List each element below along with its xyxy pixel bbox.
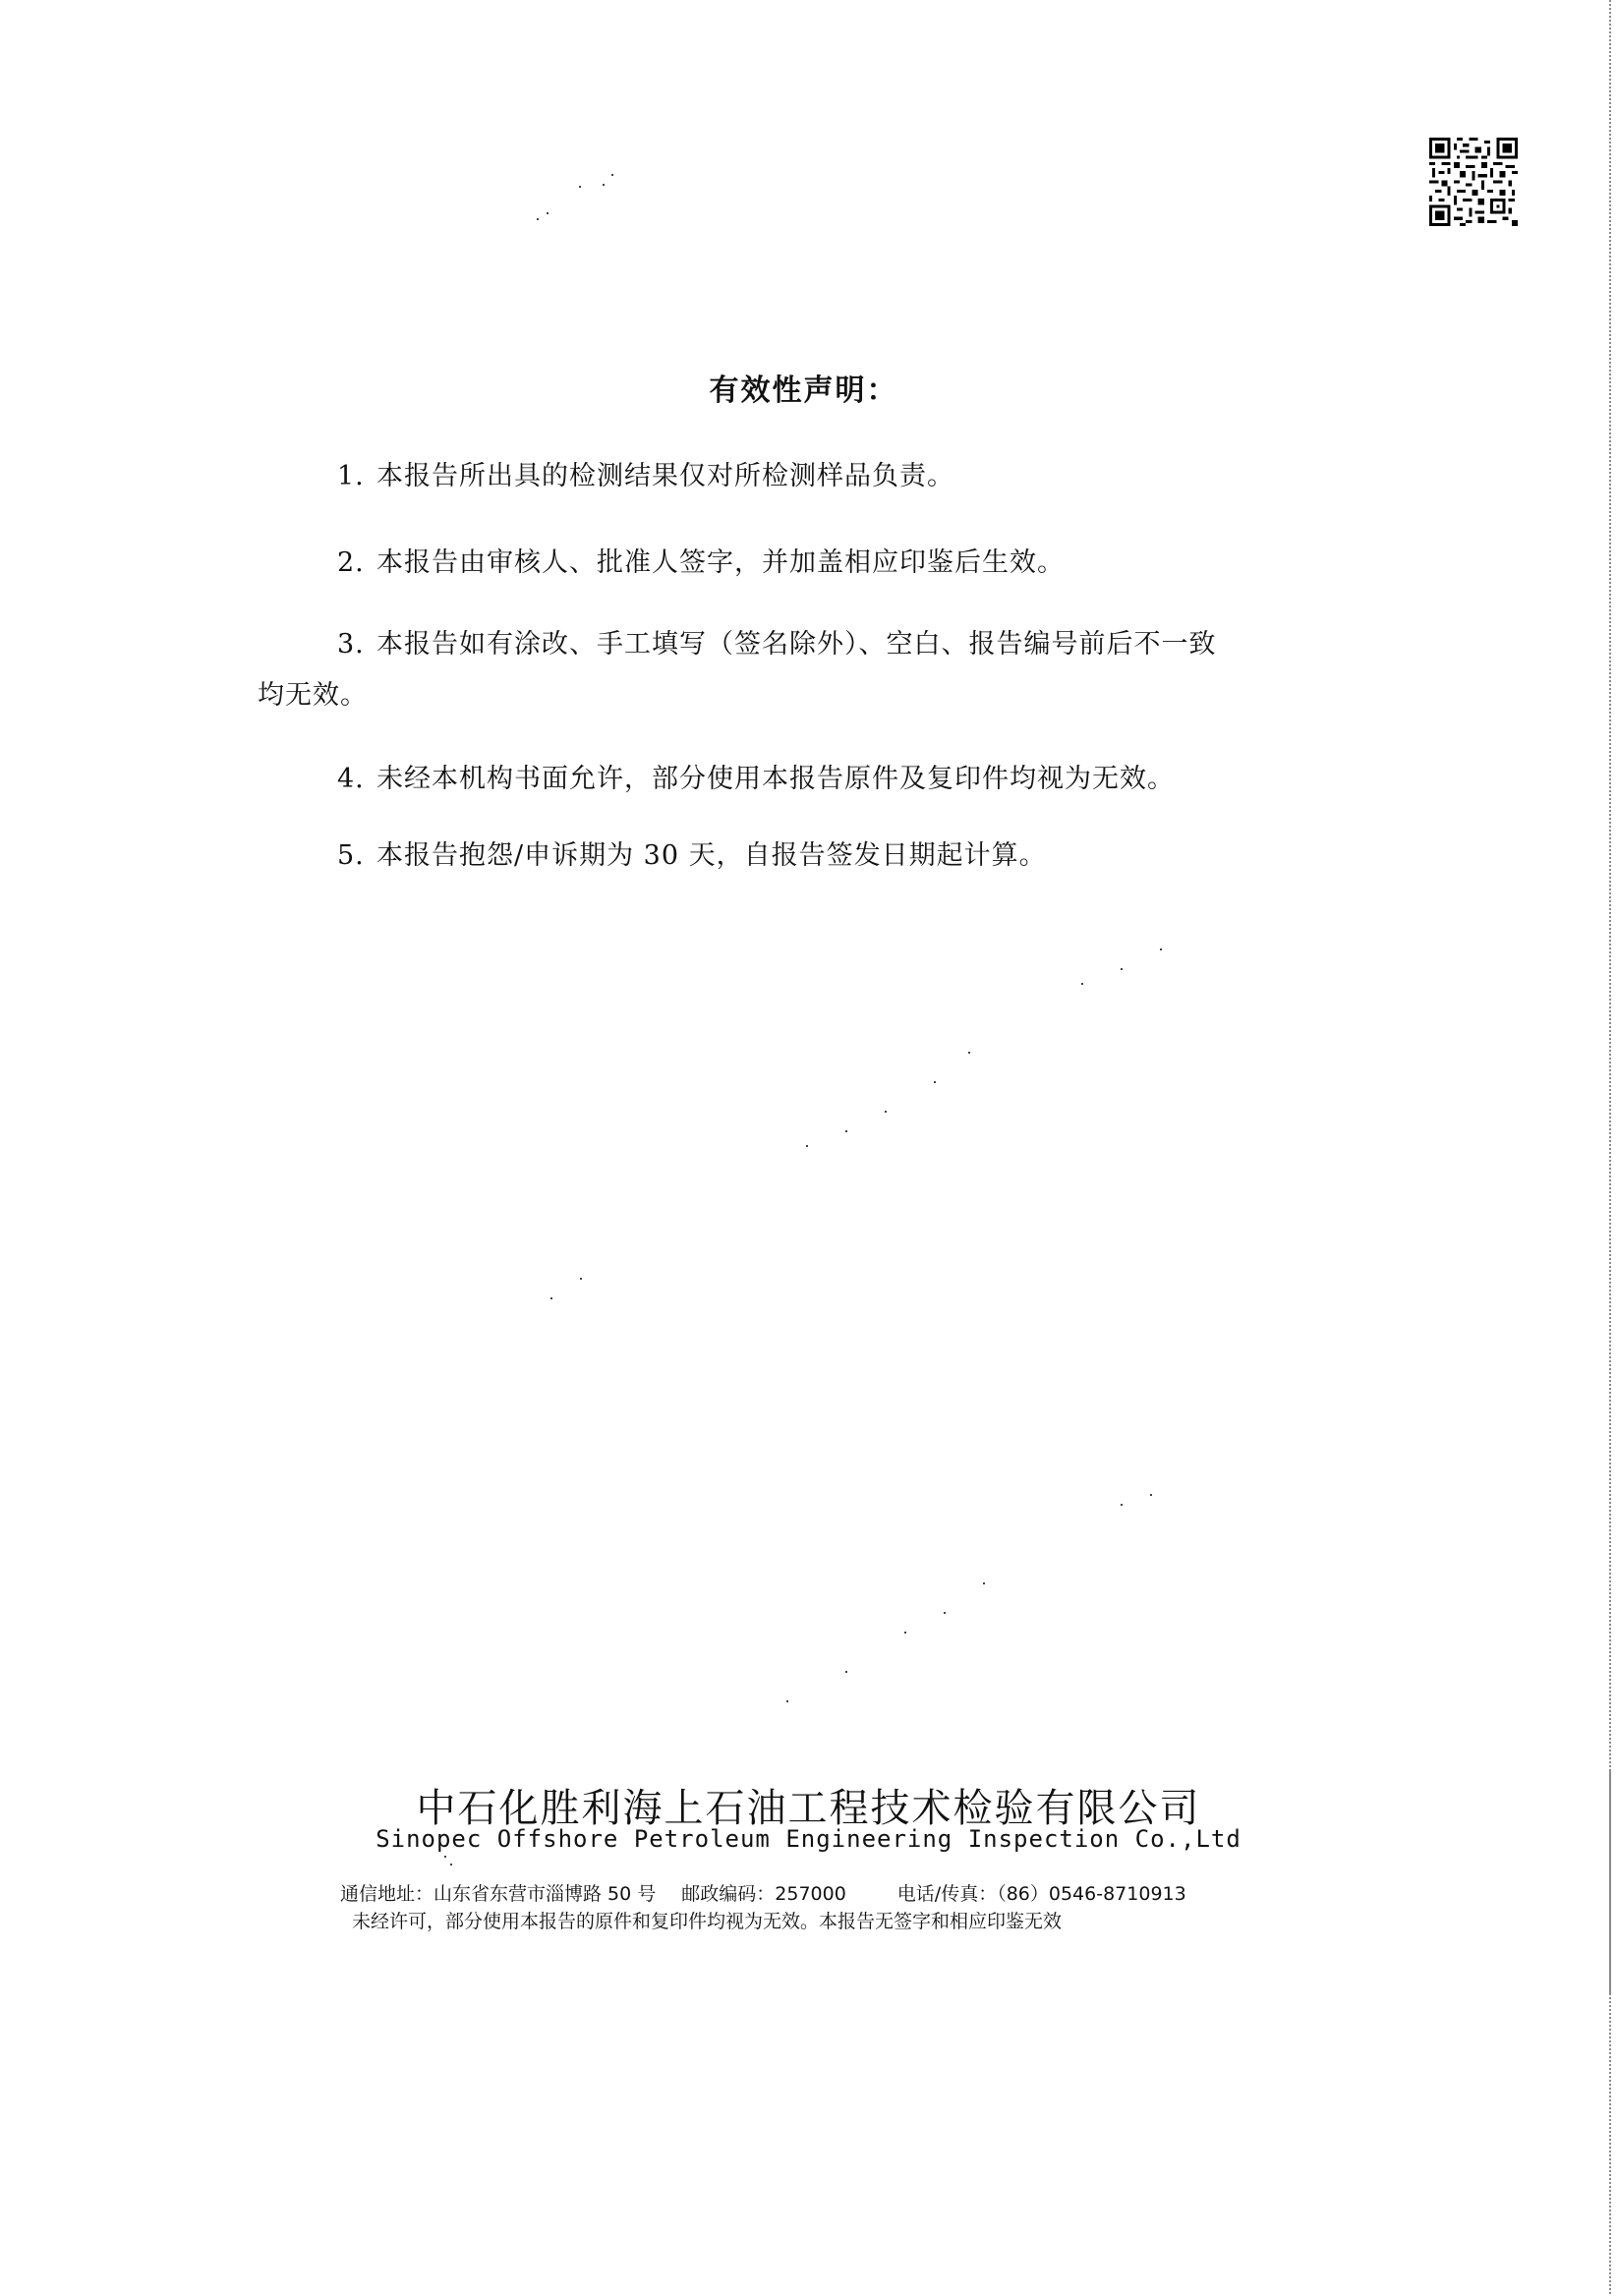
item-number: 5. (337, 838, 376, 874)
statement-item-3-continuation: 均无效。 (258, 678, 368, 714)
document-page: 有效性声明： 1.本报告所出具的检测结果仅对所检测样品负责。 2.本报告由审核人… (0, 0, 1617, 2296)
footer-notice: 未经许可，部分使用本报告的原件和复印件均视为无效。本报告无签字和相应印鉴无效 (352, 1907, 1062, 1933)
item-number: 1. (337, 459, 376, 494)
page-title: 有效性声明： (0, 366, 1617, 409)
address-text: 通信地址：山东省东营市淄博路 50 号 (340, 1883, 656, 1905)
statement-item-5: 5.本报告抱怨/申诉期为 30 天，自报告签发日期起计算。 (337, 838, 1047, 874)
statement-item-3: 3.本报告如有涂改、手工填写（签名除外）、空白、报告编号前后不一致 (337, 627, 1217, 662)
item-text: 本报告由审核人、批准人签字，并加盖相应印鉴后生效。 (376, 547, 1065, 578)
item-text: 本报告抱怨/申诉期为 30 天，自报告签发日期起计算。 (376, 840, 1047, 871)
statement-item-4: 4.未经本机构书面允许，部分使用本报告原件及复印件均视为无效。 (337, 762, 1175, 797)
item-number: 3. (337, 627, 376, 662)
qr-code-icon (1429, 138, 1518, 226)
item-text: 未经本机构书面允许，部分使用本报告原件及复印件均视为无效。 (376, 764, 1175, 794)
company-name-en: Sinopec Offshore Petroleum Engineering I… (0, 1825, 1617, 1853)
title-text: 有效性声明： (710, 366, 898, 409)
item-number: 4. (337, 762, 376, 797)
item-number: 2. (337, 545, 376, 581)
footer-contact: 通信地址：山东省东营市淄博路 50 号邮政编码：257000电话/传真：（86）… (340, 1879, 1186, 1906)
postcode-text: 邮政编码：257000 (681, 1883, 846, 1905)
phone-fax-text: 电话/传真：（86）0546-8710913 (897, 1883, 1186, 1905)
statement-item-2: 2.本报告由审核人、批准人签字，并加盖相应印鉴后生效。 (337, 545, 1065, 581)
item-text: 本报告所出具的检测结果仅对所检测样品负责。 (376, 461, 954, 491)
item-text: 本报告如有涂改、手工填写（签名除外）、空白、报告编号前后不一致 (376, 629, 1217, 660)
statement-item-1: 1.本报告所出具的检测结果仅对所检测样品负责。 (337, 459, 954, 494)
